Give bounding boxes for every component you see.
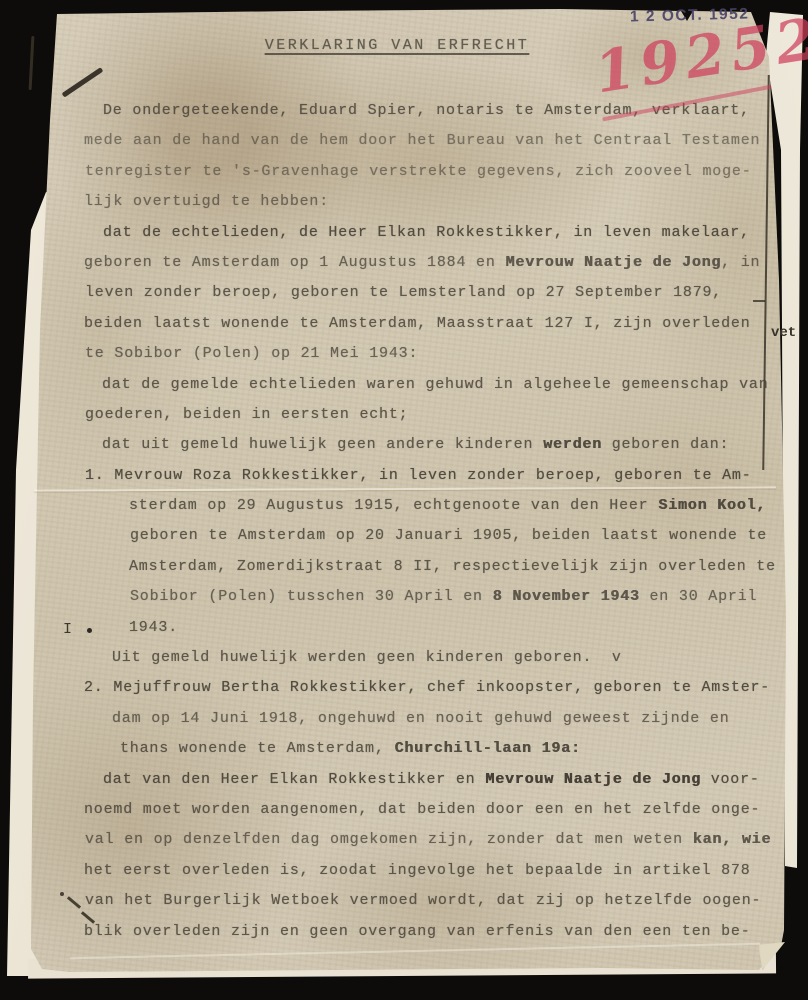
document-line: te Sobibor (Polen) op 21 Mei 1943: [85, 339, 777, 369]
document-body: De ondergeteekende, Eduard Spier, notari… [84, 96, 776, 947]
document-line: geboren te Amsterdam op 1 Augustus 1884 … [84, 248, 776, 278]
document-line: 1943. [84, 613, 776, 643]
document-line: Uit gemeld huwelijk werden geen kinderen… [85, 643, 777, 673]
document-line: dat de echtelieden, de Heer Elkan Rokkes… [85, 218, 777, 248]
document-line: goederen, beiden in eersten echt; [85, 400, 777, 430]
document-line: 2. Mejuffrouw Bertha Rokkestikker, chef … [84, 673, 776, 703]
document-line: dat uit gemeld huwelijk geen andere kind… [84, 430, 776, 460]
document-scan: VERKLARING VAN ERFRECHT De ondergeteeken… [0, 0, 808, 1000]
document-line: beiden laatst wonende te Amsterdam, Maas… [84, 309, 776, 339]
document-line: thans wonende te Amsterdam, Churchill-la… [84, 734, 776, 764]
document-line: val en op denzelfden dag omgekomen zijn,… [85, 825, 777, 855]
margin-mark: I [63, 621, 72, 638]
document-line: van het Burgerlijk Wetboek vermoed wordt… [85, 886, 777, 916]
document-line: mede aan de hand van de hem door het Bur… [84, 126, 776, 156]
document-line: tenregister te 's-Gravenhage verstrekte … [85, 157, 777, 187]
margin-dot [87, 628, 92, 633]
document-line: noemd moet worden aangenomen, dat beiden… [84, 795, 776, 825]
document-line: dat van den Heer Elkan Rokkestikker en M… [85, 765, 777, 795]
document-line: het eerst overleden is, zoodat ingevolge… [84, 856, 776, 886]
document-line: geboren te Amsterdam op 20 Januari 1905,… [85, 521, 777, 551]
document-line: blik overleden zijn en geen overgang van… [84, 917, 776, 947]
checkmark-dot [60, 892, 64, 896]
document-line: sterdam op 29 Augustus 1915, echtgenoote… [84, 491, 776, 521]
document-line: leven zonder beroep, geboren te Lemsterl… [85, 278, 777, 308]
document-line: 1. Mevrouw Roza Rokkestikker, in leven z… [85, 461, 777, 491]
edge-text-fragment: vet [771, 325, 796, 341]
document-line: lijk overtuigd te hebben: [84, 187, 776, 217]
document-line: Amsterdam, Zomerdijkstraat 8 II, respect… [84, 552, 776, 582]
document-line: De ondergeteekende, Eduard Spier, notari… [85, 96, 777, 126]
document-line: Sobibor (Polen) tusschen 30 April en 8 N… [85, 582, 777, 612]
document-line: dam op 14 Juni 1918, ongehuwd en nooit g… [85, 704, 777, 734]
document-line: dat de gemelde echtelieden waren gehuwd … [84, 370, 776, 400]
